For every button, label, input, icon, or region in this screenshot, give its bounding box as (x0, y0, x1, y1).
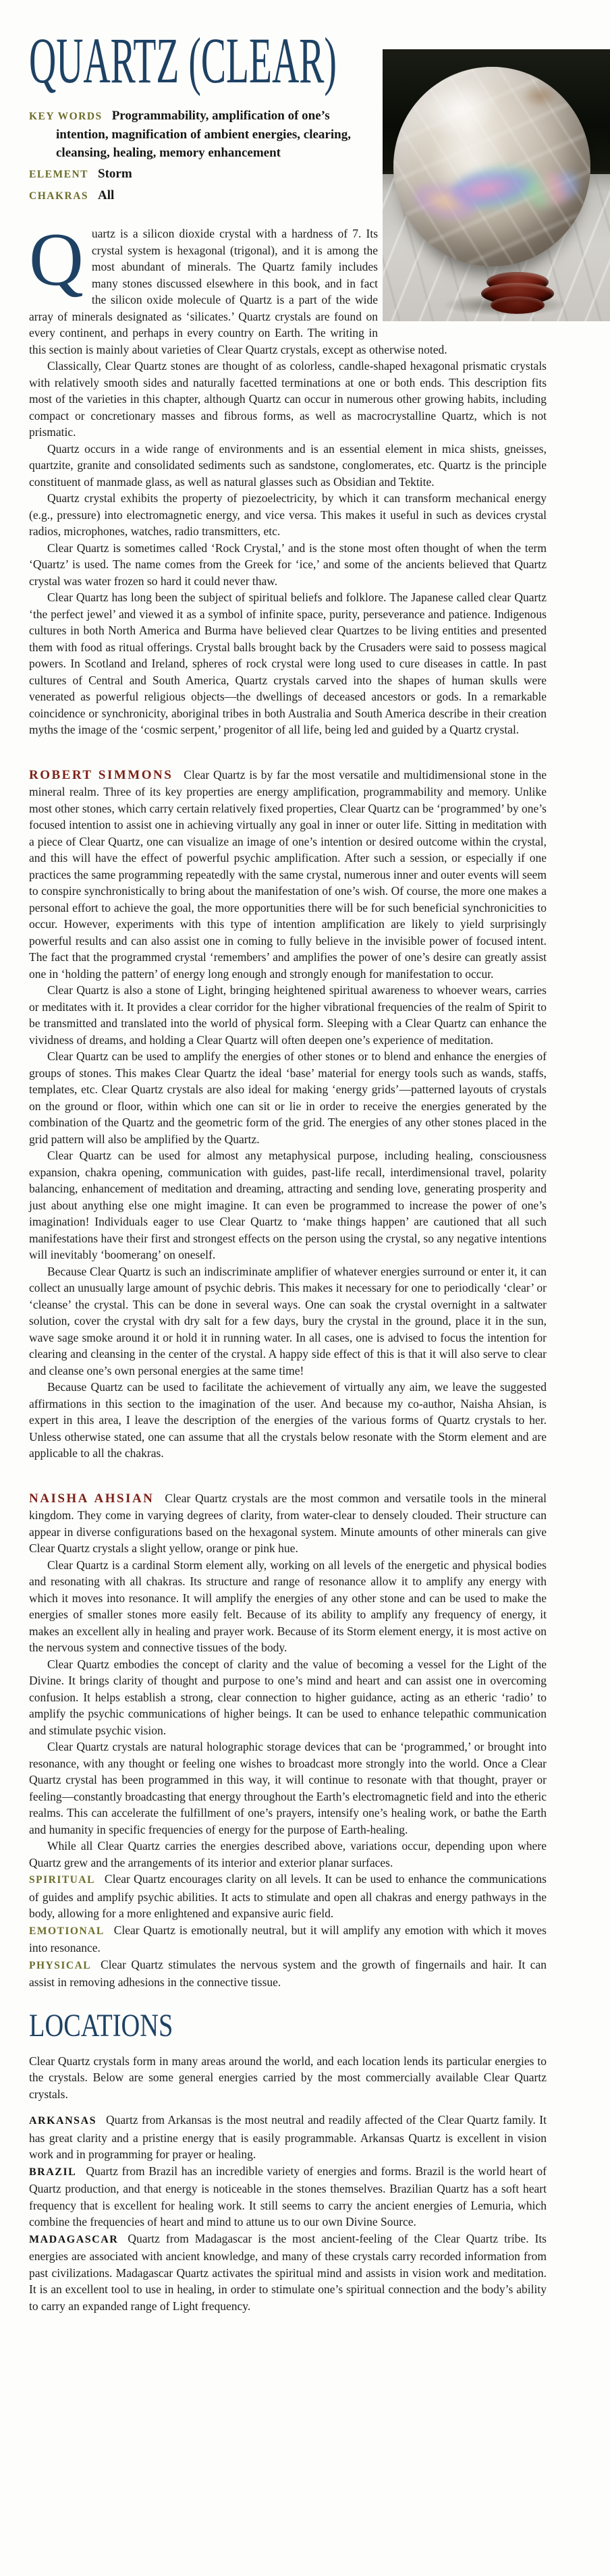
quartz-sphere (393, 67, 590, 267)
brazil-label: BRAZIL (29, 2166, 76, 2178)
paragraph-text: Quartz from Brazil has an incredible var… (29, 2164, 547, 2229)
paragraph: Quartz occurs in a wide range of environ… (29, 441, 547, 491)
paragraph: Quartz crystal exhibits the property of … (29, 490, 547, 540)
chakras-row: CHAKRASAll (29, 186, 377, 205)
chakras-value: All (98, 188, 114, 202)
paragraph-text: Clear Quartz stimulates the nervous syst… (29, 1958, 547, 1990)
spiritual-label: SPIRITUAL (29, 1874, 95, 1886)
paragraph-text: Clear Quartz encourages clarity on all l… (29, 1872, 547, 1920)
paragraph: Clear Quartz is a cardinal Storm element… (29, 1557, 547, 1656)
paragraph-text: Clear Quartz is emotionally neutral, but… (29, 1923, 547, 1955)
paragraph: While all Clear Quartz carries the energ… (29, 1838, 547, 1871)
book-page: QUARTZ (CLEAR) KEY WORDSProgrammability,… (0, 0, 610, 2576)
physical-label: PHYSICAL (29, 1960, 91, 1971)
stone-info-block: KEY WORDSProgrammability, amplification … (29, 107, 377, 205)
emotional-aspect: EMOTIONALClear Quartz is emotionally neu… (29, 1922, 547, 1956)
paragraph: Because Quartz can be used to facilitate… (29, 1379, 547, 1462)
naisha-ahsian-section: NAISHA AHSIANClear Quartz crystals are t… (29, 1490, 547, 1557)
paragraph: Clear Quartz is also a stone of Light, b… (29, 982, 547, 1048)
spiritual-aspect: SPIRITUALClear Quartz encourages clarity… (29, 1871, 547, 1922)
brazil-entry: BRAZILQuartz from Brazil has an incredib… (29, 2163, 547, 2230)
locations-heading: LOCATIONS (29, 2008, 443, 2044)
paragraph: Classically, Clear Quartz stones are tho… (29, 358, 547, 441)
paragraph: Because Clear Quartz is such an indiscri… (29, 1263, 547, 1379)
wooden-stand (481, 272, 554, 315)
arkansas-label: ARKANSAS (29, 2115, 96, 2127)
mineral-inclusion (523, 84, 558, 107)
paragraph: Clear Quartz has long been the subject o… (29, 589, 547, 738)
element-label: ELEMENT (29, 169, 88, 180)
locations-intro: Clear Quartz crystals form in many areas… (29, 2053, 547, 2103)
paragraph-text: Quartz from Arkansas is the most neutral… (29, 2113, 547, 2161)
robert-simmons-section: ROBERT SIMMONSClear Quartz is by far the… (29, 767, 547, 983)
robert-simmons-label: ROBERT SIMMONS (29, 768, 173, 782)
chakras-label: CHAKRAS (29, 190, 88, 202)
stand-base (491, 296, 545, 314)
keywords-row: KEY WORDSProgrammability, amplification … (29, 107, 377, 162)
paragraph: Clear Quartz is sometimes called ‘Rock C… (29, 540, 547, 590)
arkansas-entry: ARKANSASQuartz from Arkansas is the most… (29, 2112, 547, 2163)
drop-cap: Q (29, 229, 84, 294)
keywords-label: KEY WORDS (29, 111, 103, 122)
element-row: ELEMENTStorm (29, 165, 377, 184)
paragraph: Clear Quartz can be used for almost any … (29, 1147, 547, 1263)
naisha-ahsian-label: NAISHA AHSIAN (29, 1491, 154, 1506)
paragraph: Clear Quartz embodies the concept of cla… (29, 1656, 547, 1739)
paragraph-text: Clear Quartz is by far the most versatil… (29, 768, 547, 981)
madagascar-entry: MADAGASCARQuartz from Madagascar is the … (29, 2230, 547, 2315)
page-title: QUARTZ (CLEAR) (29, 32, 329, 90)
paragraph: Clear Quartz crystals are natural hologr… (29, 1738, 547, 1838)
madagascar-label: MADAGASCAR (29, 2234, 118, 2245)
clear-quartz-sphere-photo (383, 49, 610, 321)
article-body: Quartz is a silicon dioxide crystal with… (29, 225, 547, 2314)
paragraph: Clear Quartz can be used to amplify the … (29, 1048, 547, 1147)
physical-aspect: PHYSICALClear Quartz stimulates the nerv… (29, 1956, 547, 1991)
emotional-label: EMOTIONAL (29, 1925, 105, 1937)
element-value: Storm (98, 167, 132, 181)
